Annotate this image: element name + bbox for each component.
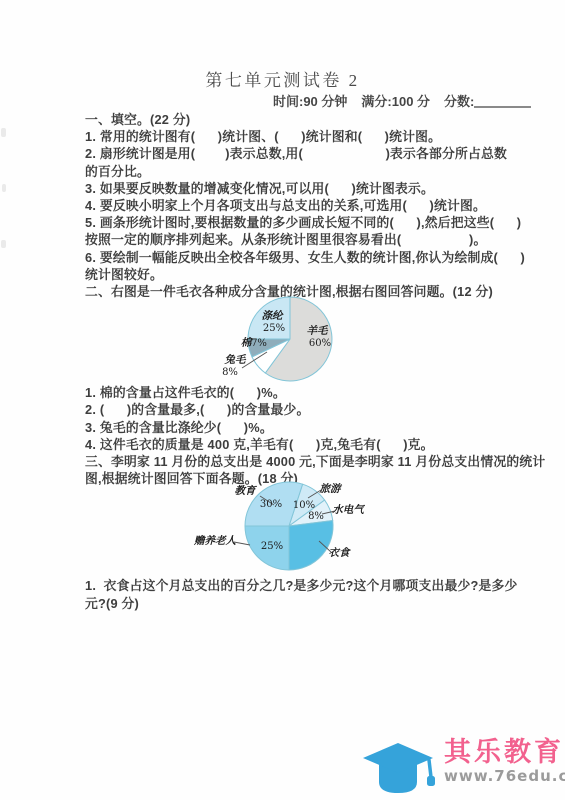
section-2-heading: 二、右图是一件毛衣各种成分含量的统计图,根据右图回答问题。(12 分)	[85, 283, 557, 300]
pie-chart-monthly-expenses: 教育30%旅游10%水电气8%衣食赡养老人25%	[170, 479, 440, 575]
pie-label-0: 羊毛	[307, 324, 329, 337]
exam-title: 第七单元测试卷 2	[0, 66, 565, 91]
pie-label-1: 水电气	[332, 503, 365, 516]
scan-artifact	[2, 184, 6, 192]
fill-in-item-3: 3. 如果要反映数量的增减变化情况,可以用( )统计图表示。	[85, 180, 557, 197]
section-2-question-2: 2. ( )的含量最多,( )的含量最少。	[85, 401, 557, 418]
fill-in-item-6: 6. 要绘制一幅能反映出全校各年级男、女生人数的统计图,你认为绘制成( ) 统计…	[85, 249, 557, 283]
scan-artifact	[1, 240, 6, 248]
fill-in-item-2: 2. 扇形统计图是用( )表示总数,用( )表示各部分所占总数 的百分比。	[85, 145, 557, 179]
exam-body: 一、填空。(22 分) 1. 常用的统计图有( )统计图、( )统计图和( )统…	[85, 111, 557, 612]
section-1-heading: 一、填空。(22 分)	[85, 111, 557, 128]
full-marks-label: 满分:100 分	[361, 94, 430, 109]
brand-website: www.76edu.com	[444, 767, 565, 785]
pie-label-3: 涤纶	[262, 309, 284, 322]
fill-in-item-5: 5. 画条形统计图时,要根据数量的多少画成长短不同的( ),然后把这些( ) 按…	[85, 214, 557, 248]
score-label: 分数:	[444, 94, 474, 109]
pie-chart-sweater-composition: 涤纶25%羊毛60%棉7%兔毛8%	[170, 294, 440, 384]
pie-label-0: 旅游	[319, 482, 343, 495]
fill-in-item-1: 1. 常用的统计图有( )统计图、( )统计图和( )统计图。	[85, 128, 557, 145]
pie-label-1: 兔毛	[224, 353, 247, 366]
section-2-question-4: 4. 这件毛衣的质量是 400 克,羊毛有( )克,兔毛有( )克。	[85, 436, 557, 453]
exam-info-line: 时间:90 分钟满分:100 分分数:	[273, 91, 531, 110]
test-paper-page: 第七单元测试卷 2 时间:90 分钟满分:100 分分数: 一、填空。(22 分…	[0, 0, 565, 800]
pie-slice-2	[289, 521, 333, 571]
pie-label-pct-1: 8%	[308, 511, 324, 522]
graduation-cap-icon	[358, 737, 438, 799]
pie-label-pct-1: 8%	[222, 367, 238, 378]
score-blank-line	[474, 94, 531, 108]
pie-label-pct-0: 60%	[309, 338, 331, 349]
section-2-question-3: 3. 兔毛的含量比涤纶少( )%。	[85, 419, 557, 436]
pie-label-3: 赡养老人	[193, 534, 236, 547]
pie-label-pct-2: 7%	[251, 338, 267, 349]
section-2-question-1: 1. 棉的含量占这件毛衣的( )%。	[85, 384, 557, 401]
pie-label-pct-3: 25%	[263, 323, 285, 334]
footer-logo: 其乐教育 www.76edu.com	[358, 737, 565, 799]
pie-label-2: 衣食	[329, 546, 351, 559]
pie-label-4: 教育	[235, 484, 258, 497]
logo-text-block: 其乐教育 www.76edu.com	[444, 737, 565, 785]
fill-in-item-4: 4. 要反映小明家上个月各项支出与总支出的关系,可选用( )统计图。	[85, 197, 557, 214]
time-label: 时间:90 分钟	[273, 94, 347, 109]
scan-artifact	[1, 128, 6, 137]
pie-label-pct-0: 10%	[293, 500, 315, 511]
brand-name: 其乐教育	[444, 737, 565, 767]
section-3-question-1: 1. 衣食占这个月总支出的百分之几?是多少元?这个月哪项支出最少?是多少 元?(…	[85, 577, 557, 611]
pie-label-pct-4: 30%	[260, 499, 282, 510]
pie-label-pct-3: 25%	[261, 541, 283, 552]
